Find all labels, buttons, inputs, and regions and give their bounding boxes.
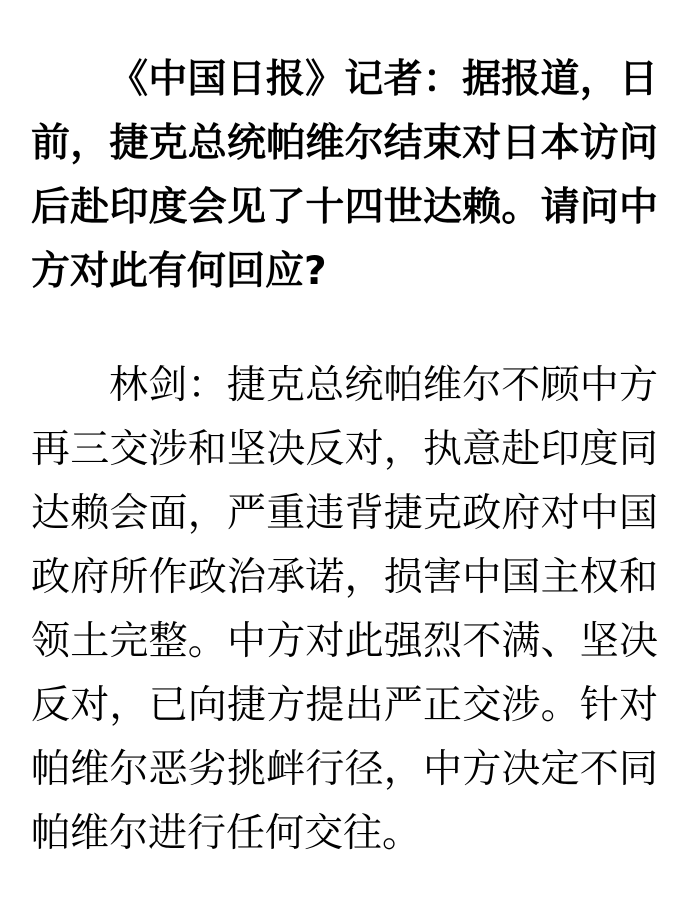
spokesperson-answer-paragraph: 林剑：捷克总统帕维尔不顾中方再三交涉和坚决反对，执意赴印度同达赖会面，严重违背捷…	[31, 354, 658, 866]
reporter-question-paragraph: 《中国日报》记者：据报道，日前，捷克总统帕维尔结束对日本访问后赴印度会见了十四世…	[31, 48, 658, 304]
press-briefing-article: 《中国日报》记者：据报道，日前，捷克总统帕维尔结束对日本访问后赴印度会见了十四世…	[0, 0, 690, 900]
